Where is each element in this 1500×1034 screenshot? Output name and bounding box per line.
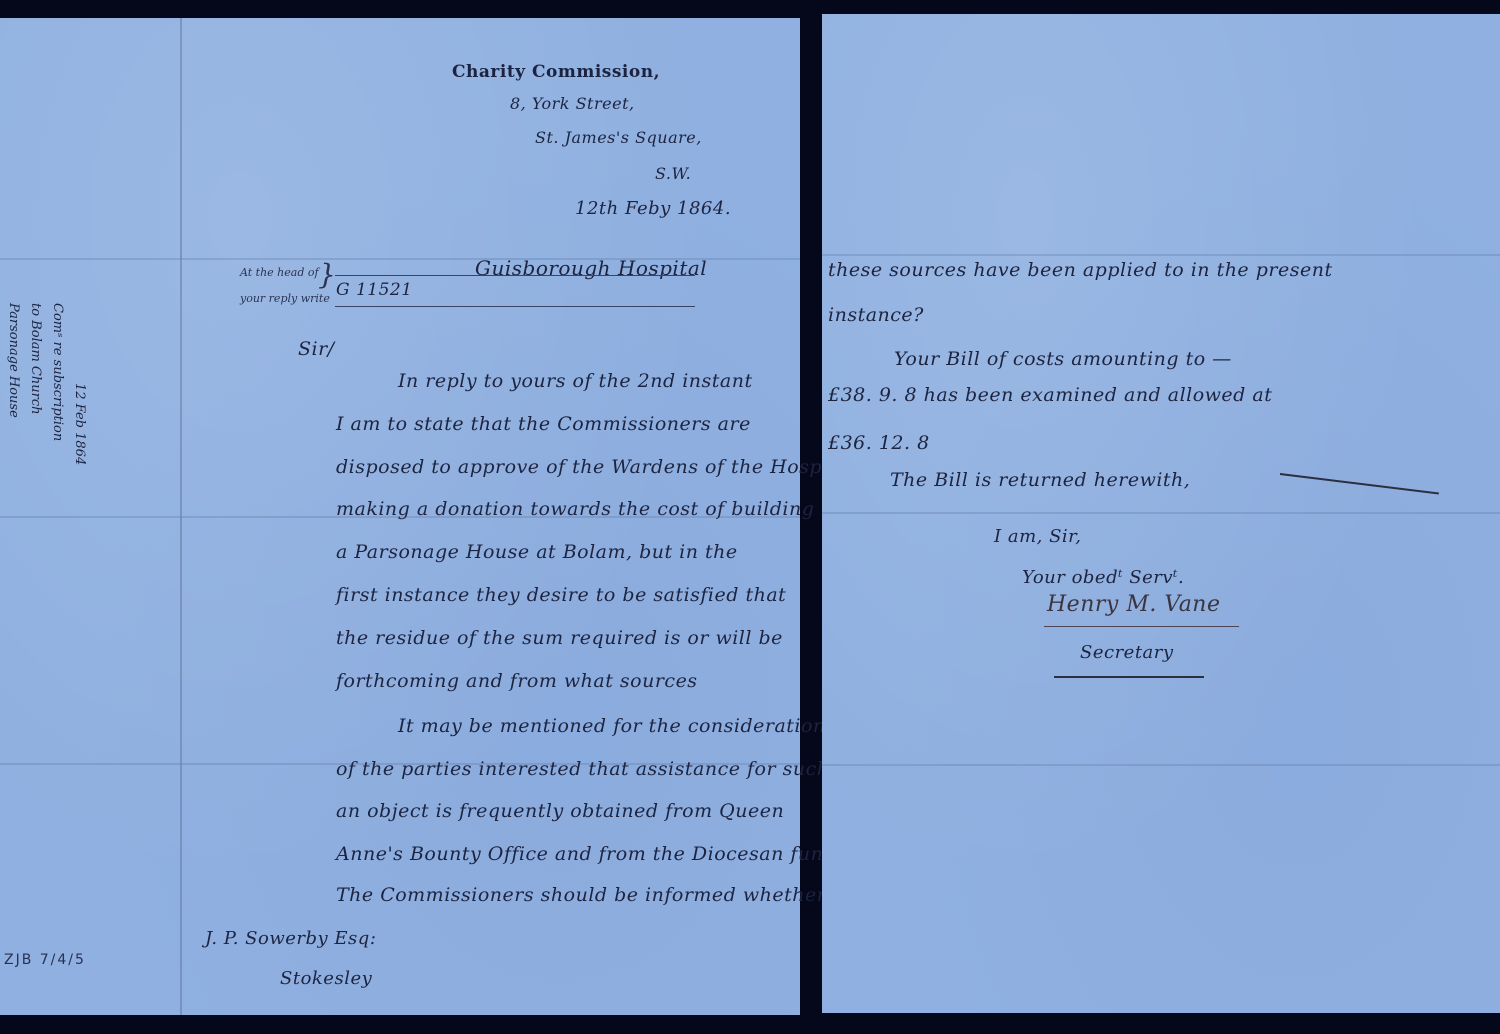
reference-rule: [335, 306, 695, 307]
salutation: Sir/: [298, 338, 335, 360]
brace-icon: }: [318, 258, 336, 291]
closing-line: Your obedᵗ Servᵗ.: [1022, 567, 1184, 588]
letterhead-address-line: 8, York Street,: [510, 94, 635, 113]
letterhead-address-line: S.W.: [655, 164, 691, 183]
docket-endorsement: 12 Feb 1864 Comˢ re subscription to Bola…: [2, 303, 90, 465]
closing-line: I am, Sir,: [994, 526, 1082, 547]
archive-reference: ZJB 7/4/5: [4, 952, 86, 968]
body-line: the residue of the sum required is or wi…: [336, 627, 783, 649]
letterhead-organization: Charity Commission,: [452, 62, 660, 82]
body-line: I am to state that the Commissioners are: [336, 413, 751, 435]
signature-underline: [1044, 626, 1239, 627]
body-line: an object is frequently obtained from Qu…: [336, 800, 784, 822]
letter-date: 12th Feby 1864.: [575, 198, 731, 219]
addressee-name: J. P. Sowerby Esq:: [205, 928, 376, 949]
body-line: Anne's Bounty Office and from the Dioces…: [336, 843, 843, 865]
endorsement-line: Comˢ re subscription: [46, 303, 68, 465]
body-line: The Commissioners should be informed whe…: [336, 884, 826, 906]
body-line: It may be mentioned for the consideratio…: [398, 715, 826, 737]
left-page: 12 Feb 1864 Comˢ re subscription to Bola…: [0, 18, 800, 1015]
body-line: instance?: [828, 304, 924, 326]
body-line: disposed to approve of the Wardens of th…: [336, 456, 855, 478]
body-line: £38. 9. 8 has been examined and allowed …: [828, 384, 1272, 406]
right-page: these sources have been applied to in th…: [822, 14, 1500, 1013]
body-line: making a donation towards the cost of bu…: [336, 498, 814, 520]
body-line: £36. 12. 8: [828, 432, 930, 454]
pen-stroke: [1280, 473, 1439, 494]
fold-line-horizontal: [822, 764, 1500, 766]
reference-number: G 11521: [336, 280, 413, 300]
endorsement-line: Parsonage House: [2, 303, 24, 465]
body-line: a Parsonage House at Bolam, but in the: [336, 541, 738, 563]
reference-rule: [335, 275, 695, 276]
addressee-place: Stokesley: [280, 968, 372, 989]
body-line: these sources have been applied to in th…: [828, 259, 1333, 281]
body-line: In reply to yours of the 2nd instant: [398, 370, 753, 392]
body-line: Your Bill of costs amounting to —: [894, 348, 1232, 370]
reference-subject: Guisborough Hospital: [475, 256, 707, 280]
body-line: first instance they desire to be satisfi…: [336, 584, 786, 606]
endorsement-date: 12 Feb 1864: [68, 303, 90, 465]
reference-instruction: At the head of: [240, 266, 319, 279]
reference-instruction: your reply write: [240, 292, 330, 305]
fold-line-horizontal: [822, 254, 1500, 256]
letterhead-address-line: St. James's Square,: [535, 128, 702, 147]
fold-line-horizontal: [822, 512, 1500, 514]
body-line: forthcoming and from what sources: [336, 670, 698, 692]
signatory-title: Secretary: [1080, 642, 1174, 663]
body-line: The Bill is returned herewith,: [890, 469, 1190, 491]
endorsement-line: to Bolam Church: [24, 303, 46, 465]
body-line: of the parties interested that assistanc…: [336, 758, 829, 780]
signature: Henry M. Vane: [1047, 592, 1221, 617]
title-underline: [1054, 676, 1204, 678]
